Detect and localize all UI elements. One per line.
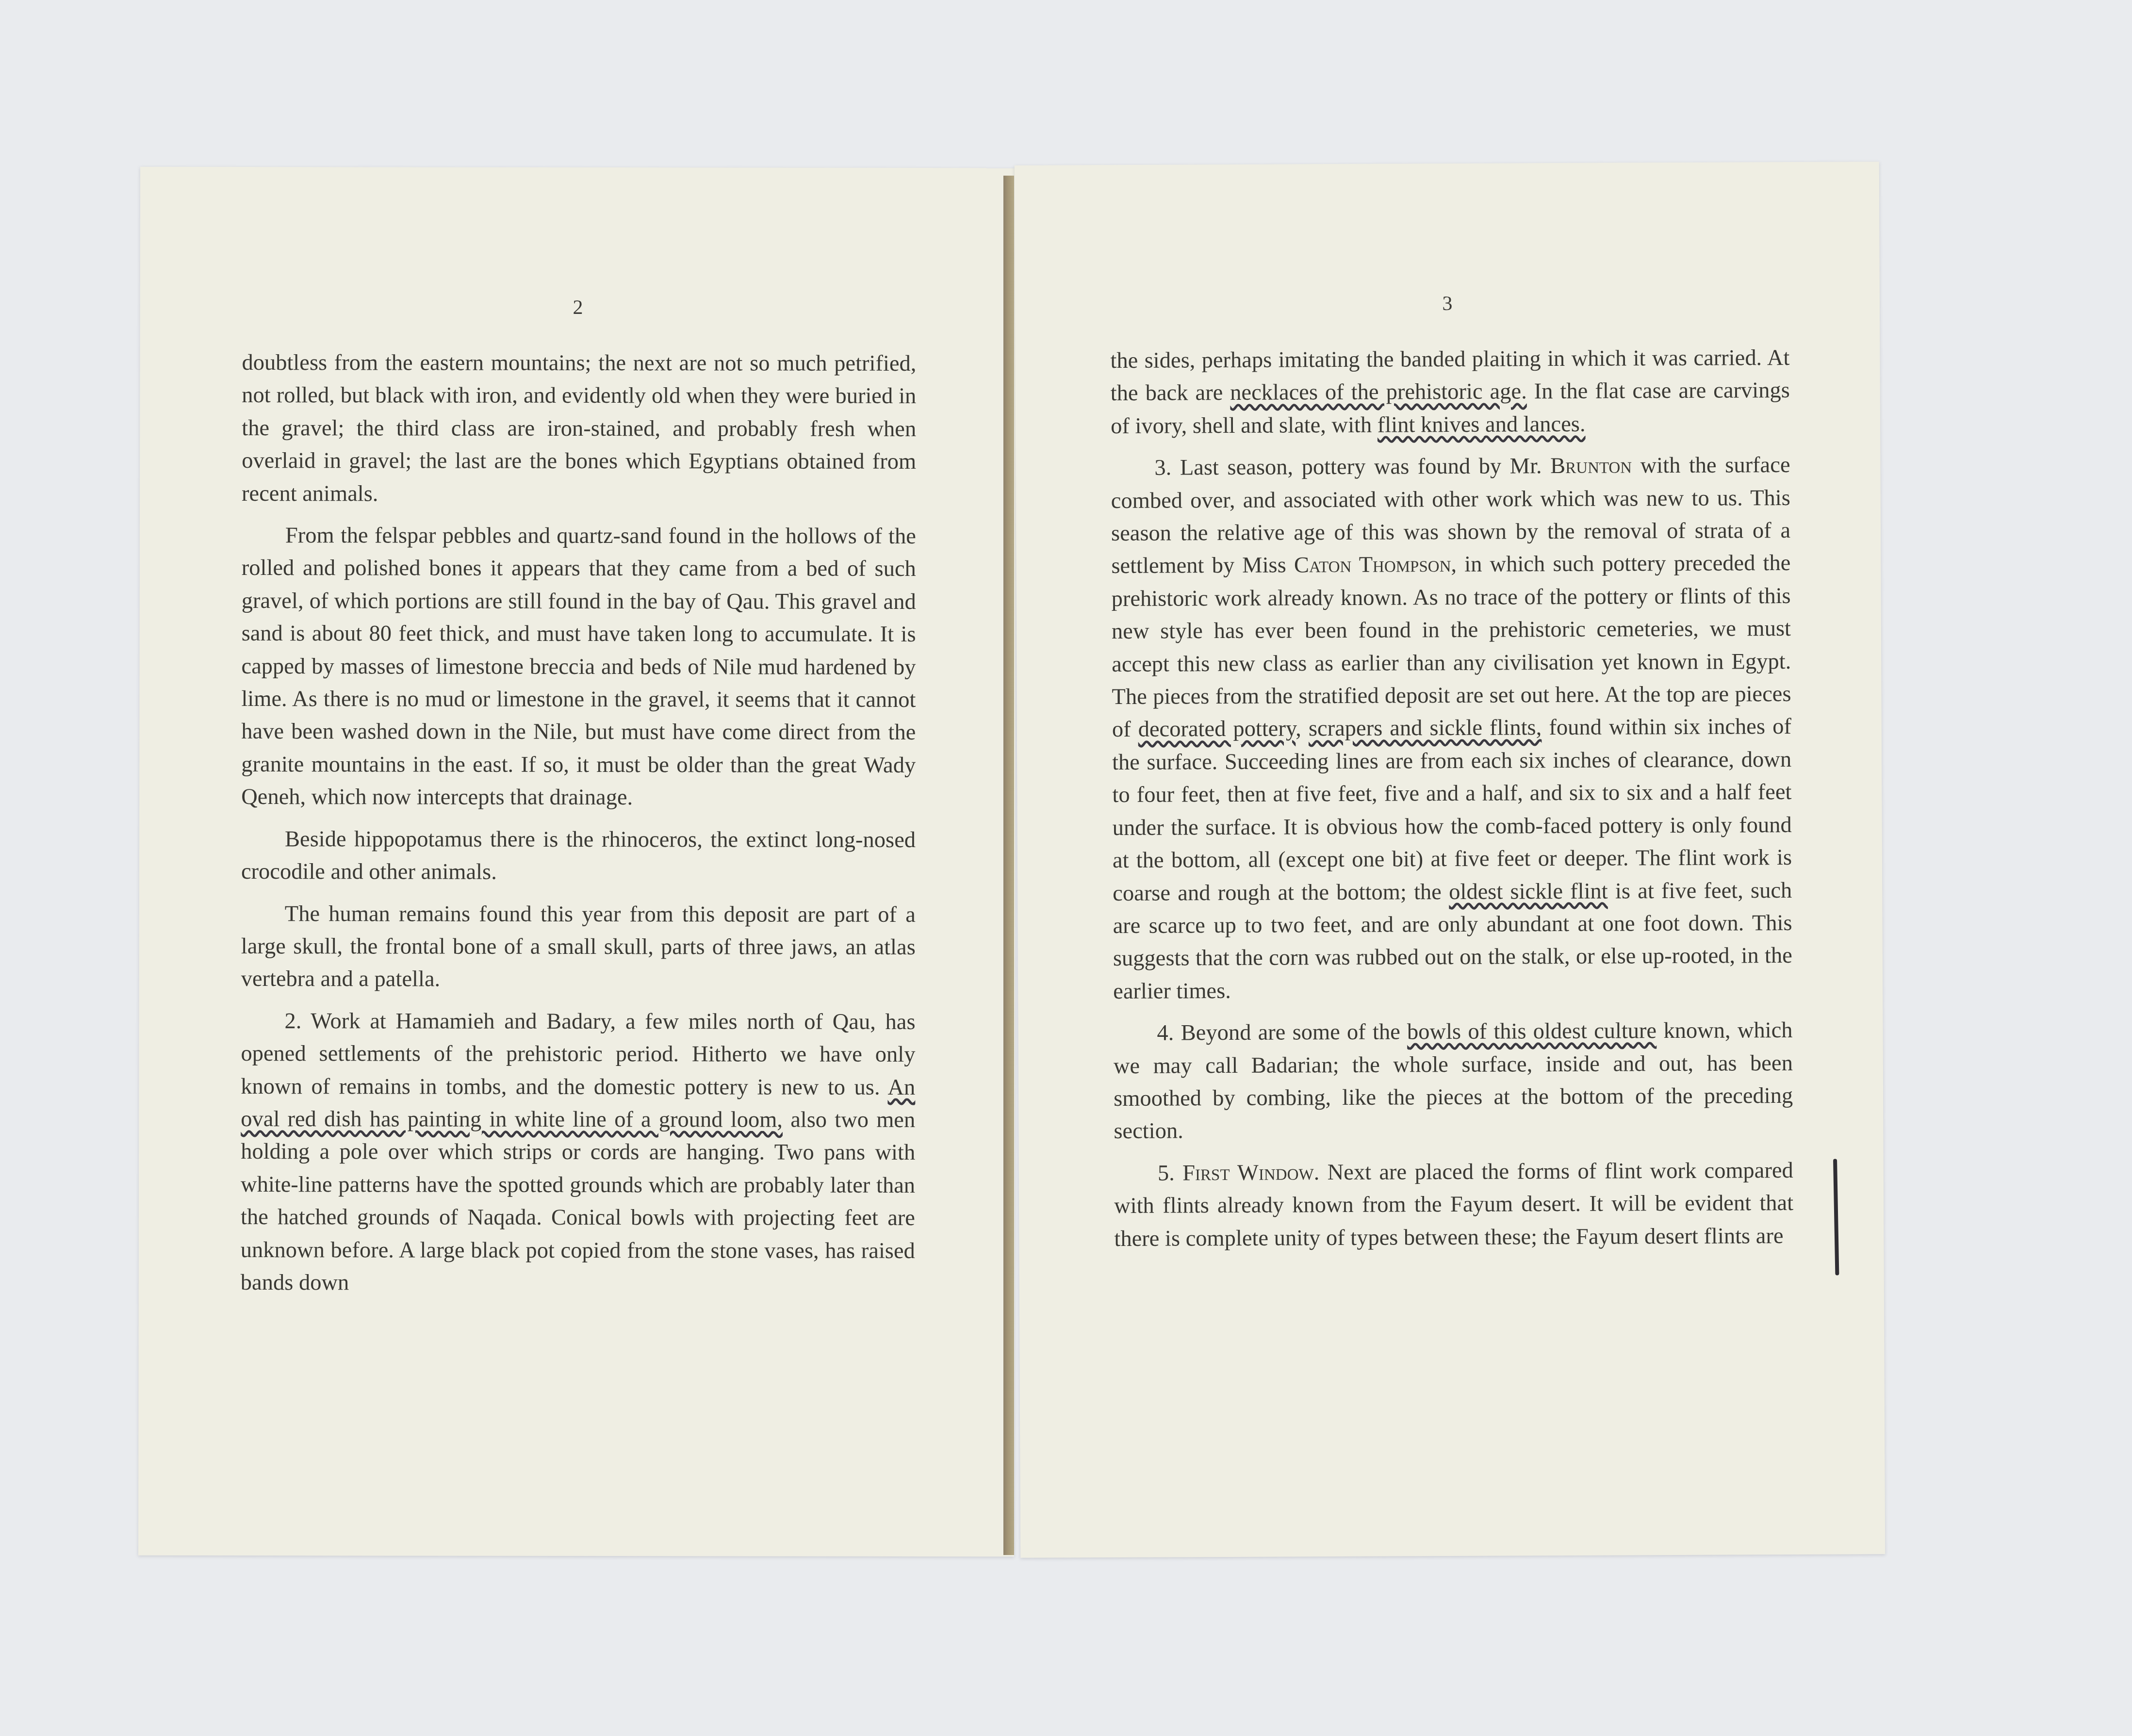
section-3-paragraph: 3. Last season, pottery was found by Mr.… bbox=[1111, 449, 1792, 1008]
small-caps-name: Caton Thompson bbox=[1294, 552, 1451, 577]
pen-underlined-phrase: scrapers and sickle flints, bbox=[1309, 716, 1542, 741]
left-page: 2 doubtless from the eastern mountains; … bbox=[138, 167, 1016, 1557]
page-number-left: 2 bbox=[140, 295, 1016, 320]
left-page-body: doubtless from the eastern mountains; th… bbox=[241, 346, 917, 1309]
text-run: , in which such pottery preceded the pre… bbox=[1112, 551, 1791, 742]
section-2-paragraph: 2. Work at Hamamieh and Badary, a few mi… bbox=[241, 1005, 916, 1300]
section-5-paragraph: 5. First Window. Next are placed the for… bbox=[1114, 1154, 1794, 1255]
text-run: From the felspar pebbles and quartz-sand… bbox=[241, 523, 916, 810]
right-page: 3 the sides, perhaps imitating the bande… bbox=[1015, 162, 1886, 1558]
section-4-paragraph: 4. Beyond are some of the bowls of this … bbox=[1113, 1014, 1793, 1148]
pen-underlined-phrase: oldest sickle flint bbox=[1449, 879, 1608, 904]
text-run: 2. Work at Hamamieh and Badary, a few mi… bbox=[241, 1009, 915, 1100]
pen-underlined-phrase: necklaces of the prehistoric age. bbox=[1230, 379, 1527, 406]
small-caps-name: First Window bbox=[1182, 1160, 1314, 1185]
paragraph: doubtless from the eastern mountains; th… bbox=[242, 346, 916, 511]
text-run: 5. bbox=[1158, 1161, 1183, 1185]
text-run: 4. Beyond are some of the bbox=[1157, 1020, 1407, 1046]
book-spine-gutter bbox=[1003, 176, 1014, 1555]
text-run: doubtless from the eastern mountains; th… bbox=[242, 350, 916, 506]
text-run: , bbox=[1296, 717, 1309, 741]
paragraph: From the felspar pebbles and quartz-sand… bbox=[241, 519, 916, 815]
paragraph: The human remains found this year from t… bbox=[241, 898, 916, 997]
pen-underlined-phrase: decorated pottery bbox=[1138, 717, 1296, 742]
page-number-right: 3 bbox=[1015, 290, 1880, 317]
pen-underlined-phrase: bowls of this oldest culture bbox=[1407, 1018, 1656, 1044]
small-caps-name: Brunton bbox=[1550, 454, 1632, 479]
pen-margin-mark bbox=[1833, 1159, 1839, 1275]
text-run: also two men holding a pole over which s… bbox=[241, 1108, 916, 1295]
right-page-body: the sides, perhaps imitating the banded … bbox=[1110, 342, 1793, 1264]
text-run: found within six inches of the surface. … bbox=[1112, 714, 1792, 905]
paragraph: Beside hippopotamus there is the rhinoce… bbox=[241, 823, 916, 889]
paragraph: the sides, perhaps imitating the banded … bbox=[1110, 342, 1790, 442]
text-run: Beside hippopotamus there is the rhinoce… bbox=[241, 827, 916, 884]
text-run: 3. Last season, pottery was found by Mr. bbox=[1154, 454, 1550, 480]
pen-underlined-phrase: flint knives and lances. bbox=[1378, 412, 1586, 438]
text-run: The human remains found this year from t… bbox=[241, 901, 916, 992]
